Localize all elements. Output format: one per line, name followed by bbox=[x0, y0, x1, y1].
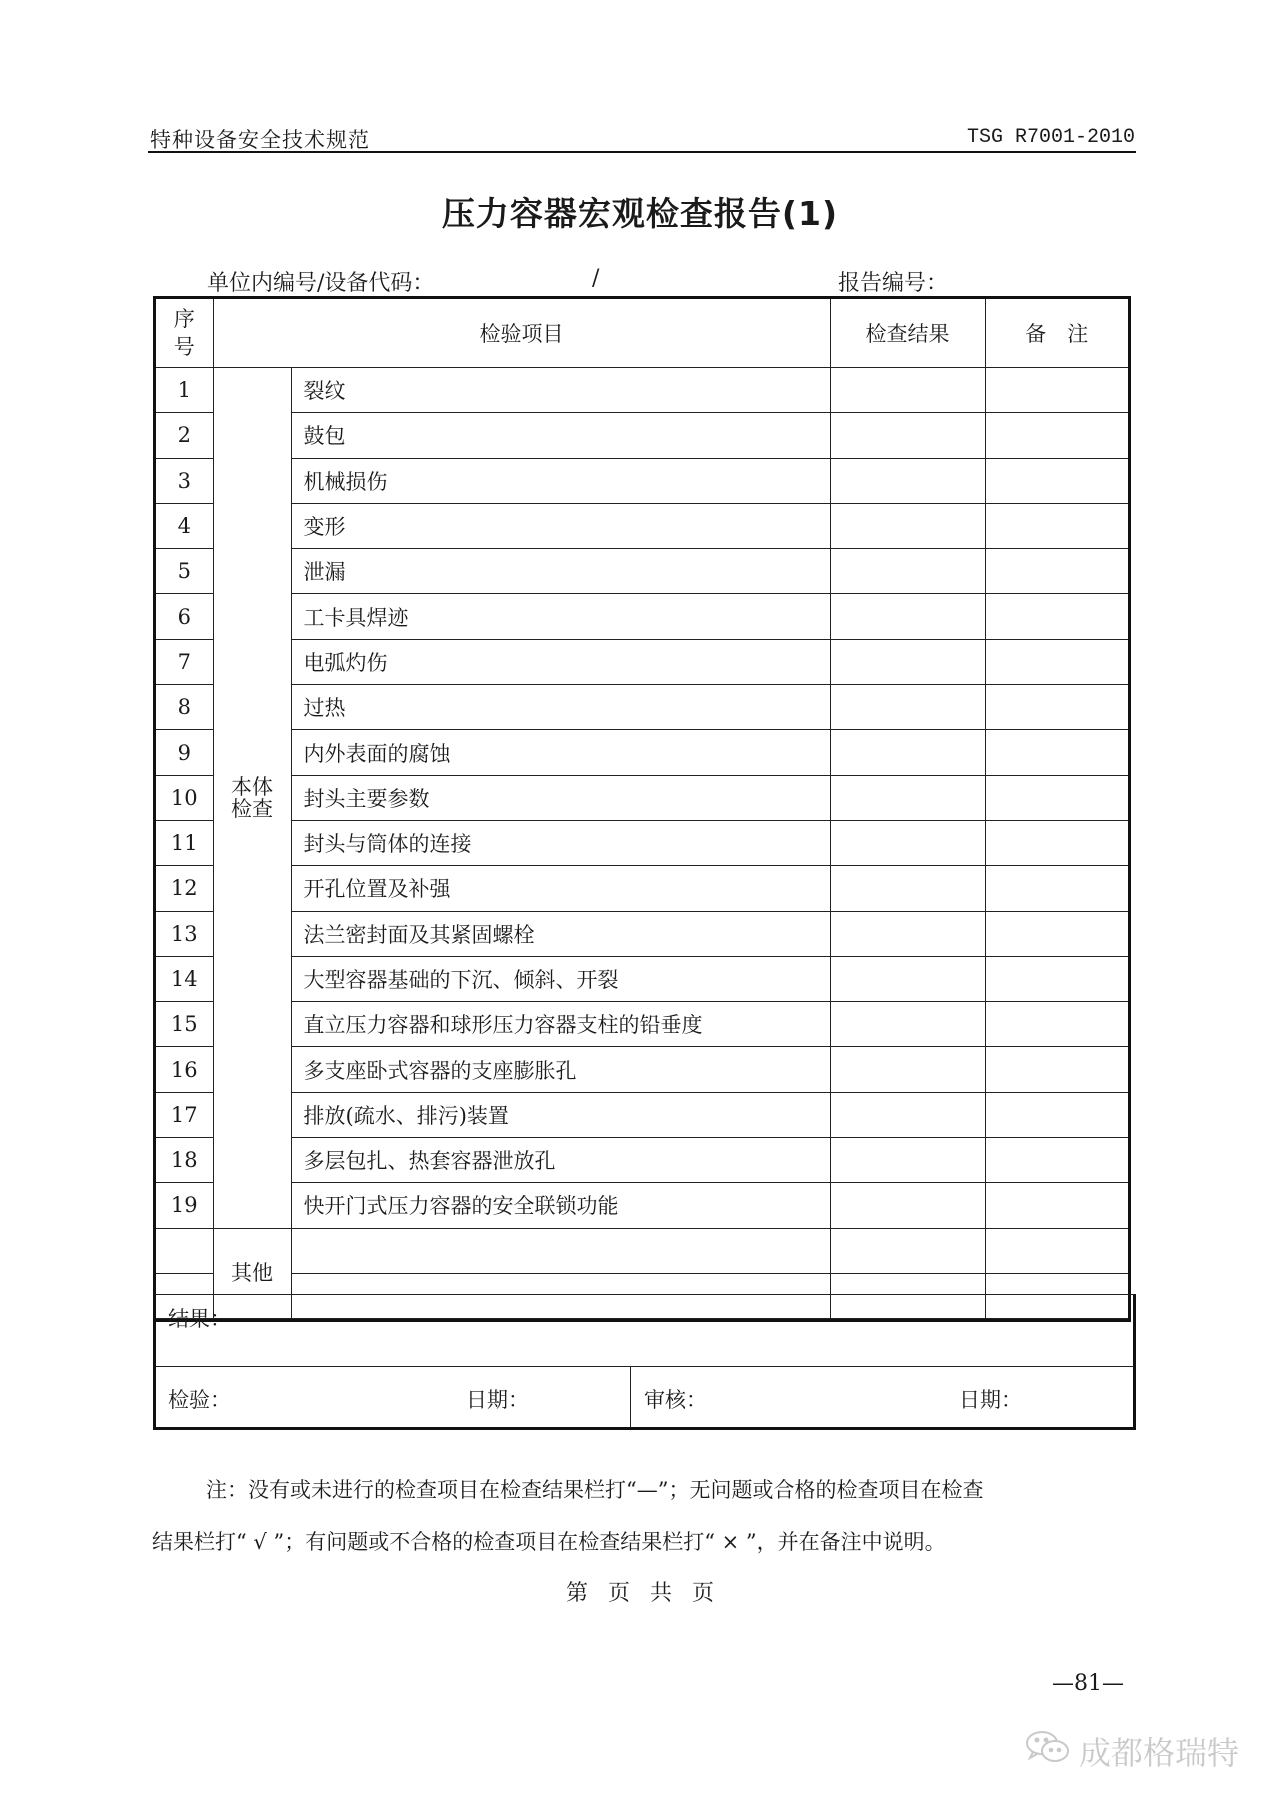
signature-block: 结果： 检验： 日期： 审核： 日期： bbox=[153, 1294, 1136, 1430]
header-divider bbox=[148, 151, 1136, 153]
row-number: 4 bbox=[156, 503, 213, 548]
header-item: 检验项目 bbox=[213, 299, 830, 368]
pager-total: 共 bbox=[650, 1581, 672, 1606]
table-row: 17排放(疏水、排污)装置 bbox=[156, 1092, 1128, 1137]
table-row: 6工卡具焊迹 bbox=[156, 594, 1128, 639]
header-seq: 序号 bbox=[156, 299, 213, 368]
page-title: 压力容器宏观检查报告(1) bbox=[0, 188, 1280, 235]
result-label: 结果： bbox=[168, 1303, 231, 1333]
result-cell[interactable] bbox=[830, 866, 985, 911]
table-row: 14大型容器基础的下沉、倾斜、开裂 bbox=[156, 956, 1128, 1001]
sign-row: 检验： 日期： 审核： 日期： bbox=[156, 1367, 1133, 1427]
report-number-label: 报告编号： bbox=[838, 266, 948, 297]
row-number: 1 bbox=[156, 368, 213, 413]
remark-cell[interactable] bbox=[985, 866, 1128, 911]
remark-cell[interactable] bbox=[985, 911, 1128, 956]
inspection-item: 直立压力容器和球形压力容器支柱的铅垂度 bbox=[291, 1002, 830, 1047]
row-number: 16 bbox=[156, 1047, 213, 1092]
inspection-item: 工卡具焊迹 bbox=[291, 594, 830, 639]
remark-cell[interactable] bbox=[985, 1228, 1128, 1273]
result-cell[interactable] bbox=[830, 1047, 985, 1092]
result-cell[interactable] bbox=[830, 1183, 985, 1228]
inspection-table: 序号 检验项目 检查结果 备 注 1本体检查裂纹2鼓包3机械损伤4变形5泄漏6工… bbox=[153, 296, 1131, 1322]
table-row: 1本体检查裂纹 bbox=[156, 368, 1128, 413]
remark-cell[interactable] bbox=[985, 549, 1128, 594]
wechat-icon bbox=[1025, 1729, 1071, 1773]
remark-cell[interactable] bbox=[985, 413, 1128, 458]
row-number: 19 bbox=[156, 1183, 213, 1228]
inspector-cell: 检验： 日期： bbox=[156, 1367, 631, 1427]
inspect-date-label: 日期： bbox=[466, 1384, 529, 1414]
row-number bbox=[156, 1228, 213, 1273]
result-cell[interactable] bbox=[830, 594, 985, 639]
inspector-label: 检验： bbox=[168, 1384, 231, 1414]
row-number: 11 bbox=[156, 820, 213, 865]
remark-cell[interactable] bbox=[985, 820, 1128, 865]
row-number: 6 bbox=[156, 594, 213, 639]
table-row: 12开孔位置及补强 bbox=[156, 866, 1128, 911]
watermark: 成都格瑞特 bbox=[1025, 1728, 1239, 1774]
result-cell[interactable] bbox=[830, 911, 985, 956]
table-row: 11封头与筒体的连接 bbox=[156, 820, 1128, 865]
inspection-item: 过热 bbox=[291, 685, 830, 730]
result-row: 结果： bbox=[156, 1295, 1133, 1367]
table-header-row: 序号 检验项目 检查结果 备 注 bbox=[156, 299, 1128, 368]
result-cell[interactable] bbox=[830, 956, 985, 1001]
inspection-item: 封头主要参数 bbox=[291, 775, 830, 820]
remark-cell[interactable] bbox=[985, 730, 1128, 775]
unit-code-label: 单位内编号/设备代码： bbox=[207, 266, 434, 297]
result-cell[interactable] bbox=[830, 639, 985, 684]
review-date-label: 日期： bbox=[959, 1384, 1022, 1414]
inspection-item: 鼓包 bbox=[291, 413, 830, 458]
result-cell[interactable] bbox=[830, 1228, 985, 1273]
table-row: 10封头主要参数 bbox=[156, 775, 1128, 820]
remark-cell[interactable] bbox=[985, 1002, 1128, 1047]
inspection-item: 泄漏 bbox=[291, 549, 830, 594]
remark-cell[interactable] bbox=[985, 639, 1128, 684]
row-number: 13 bbox=[156, 911, 213, 956]
row-number: 12 bbox=[156, 866, 213, 911]
table-row: 4变形 bbox=[156, 503, 1128, 548]
remark-cell[interactable] bbox=[985, 1092, 1128, 1137]
inspection-item: 法兰密封面及其紧固螺栓 bbox=[291, 911, 830, 956]
remark-cell[interactable] bbox=[985, 775, 1128, 820]
row-number: 15 bbox=[156, 1002, 213, 1047]
result-cell[interactable] bbox=[830, 458, 985, 503]
result-cell[interactable] bbox=[830, 1092, 985, 1137]
running-header-left: 特种设备安全技术规范 bbox=[150, 124, 370, 154]
inspection-item: 多支座卧式容器的支座膨胀孔 bbox=[291, 1047, 830, 1092]
result-cell[interactable] bbox=[830, 685, 985, 730]
remark-cell[interactable] bbox=[985, 685, 1128, 730]
other-row: 其他 bbox=[156, 1228, 1128, 1273]
note-paragraph: 注：没有或未进行的检查项目在检查结果栏打“—”；无问题或合格的检查项目在检查 结… bbox=[152, 1464, 1152, 1568]
table-row: 16多支座卧式容器的支座膨胀孔 bbox=[156, 1047, 1128, 1092]
table-row: 9内外表面的腐蚀 bbox=[156, 730, 1128, 775]
inspection-item: 机械损伤 bbox=[291, 458, 830, 503]
inspection-item: 快开门式压力容器的安全联锁功能 bbox=[291, 1183, 830, 1228]
inspection-item: 内外表面的腐蚀 bbox=[291, 730, 830, 775]
remark-cell[interactable] bbox=[985, 594, 1128, 639]
table-row: 18多层包扎、热套容器泄放孔 bbox=[156, 1138, 1128, 1183]
other-item-cell[interactable] bbox=[291, 1228, 830, 1273]
row-number: 14 bbox=[156, 956, 213, 1001]
inspection-item: 裂纹 bbox=[291, 368, 830, 413]
pager-total-unit: 页 bbox=[692, 1581, 714, 1606]
row-number: 5 bbox=[156, 549, 213, 594]
unit-code-value: / bbox=[592, 266, 599, 291]
inspection-item: 电弧灼伤 bbox=[291, 639, 830, 684]
pager-page: 第 bbox=[566, 1581, 588, 1606]
inspection-item: 多层包扎、热套容器泄放孔 bbox=[291, 1138, 830, 1183]
row-number: 2 bbox=[156, 413, 213, 458]
inspection-item: 开孔位置及补强 bbox=[291, 866, 830, 911]
row-number: 18 bbox=[156, 1138, 213, 1183]
result-cell[interactable] bbox=[830, 730, 985, 775]
inspection-item: 变形 bbox=[291, 503, 830, 548]
page-number: —81— bbox=[1052, 1671, 1124, 1696]
table-row: 3机械损伤 bbox=[156, 458, 1128, 503]
watermark-text: 成都格瑞特 bbox=[1079, 1728, 1239, 1774]
result-cell[interactable] bbox=[830, 413, 985, 458]
table-row: 15直立压力容器和球形压力容器支柱的铅垂度 bbox=[156, 1002, 1128, 1047]
table-row: 7电弧灼伤 bbox=[156, 639, 1128, 684]
result-cell[interactable] bbox=[830, 503, 985, 548]
remark-cell[interactable] bbox=[985, 458, 1128, 503]
page-count-line: 第页共页 bbox=[0, 1576, 1280, 1607]
inspection-item: 封头与筒体的连接 bbox=[291, 820, 830, 865]
result-cell[interactable] bbox=[830, 820, 985, 865]
remark-cell[interactable] bbox=[985, 1183, 1128, 1228]
pager-page-unit: 页 bbox=[608, 1581, 630, 1606]
table-row: 5泄漏 bbox=[156, 549, 1128, 594]
row-number: 10 bbox=[156, 775, 213, 820]
note-line-2: 结果栏打“ √ ”；有问题或不合格的检查项目在检查结果栏打“ × ”，并在备注中… bbox=[152, 1516, 1152, 1568]
group-body-inspection: 本体检查 bbox=[213, 368, 291, 1229]
note-line-1: 注：没有或未进行的检查项目在检查结果栏打“—”；无问题或合格的检查项目在检查 bbox=[152, 1464, 1152, 1516]
reviewer-label: 审核： bbox=[644, 1384, 707, 1414]
inspection-item: 大型容器基础的下沉、倾斜、开裂 bbox=[291, 956, 830, 1001]
table-row: 13法兰密封面及其紧固螺栓 bbox=[156, 911, 1128, 956]
result-cell[interactable] bbox=[830, 1138, 985, 1183]
result-cell[interactable] bbox=[830, 368, 985, 413]
remark-cell[interactable] bbox=[985, 503, 1128, 548]
result-cell[interactable] bbox=[830, 775, 985, 820]
remark-cell[interactable] bbox=[985, 1047, 1128, 1092]
running-header-right: TSG R7001-2010 bbox=[967, 126, 1135, 149]
remark-cell[interactable] bbox=[985, 956, 1128, 1001]
row-number: 17 bbox=[156, 1092, 213, 1137]
table-row: 19快开门式压力容器的安全联锁功能 bbox=[156, 1183, 1128, 1228]
remark-cell[interactable] bbox=[985, 1138, 1128, 1183]
row-number: 7 bbox=[156, 639, 213, 684]
row-number: 9 bbox=[156, 730, 213, 775]
inspection-item: 排放(疏水、排污)装置 bbox=[291, 1092, 830, 1137]
row-number: 3 bbox=[156, 458, 213, 503]
header-result: 检查结果 bbox=[830, 299, 985, 368]
row-number: 8 bbox=[156, 685, 213, 730]
table-row: 2鼓包 bbox=[156, 413, 1128, 458]
result-cell[interactable] bbox=[830, 1002, 985, 1047]
table-row: 8过热 bbox=[156, 685, 1128, 730]
result-cell[interactable] bbox=[830, 549, 985, 594]
remark-cell[interactable] bbox=[985, 368, 1128, 413]
header-remark: 备 注 bbox=[985, 299, 1128, 368]
